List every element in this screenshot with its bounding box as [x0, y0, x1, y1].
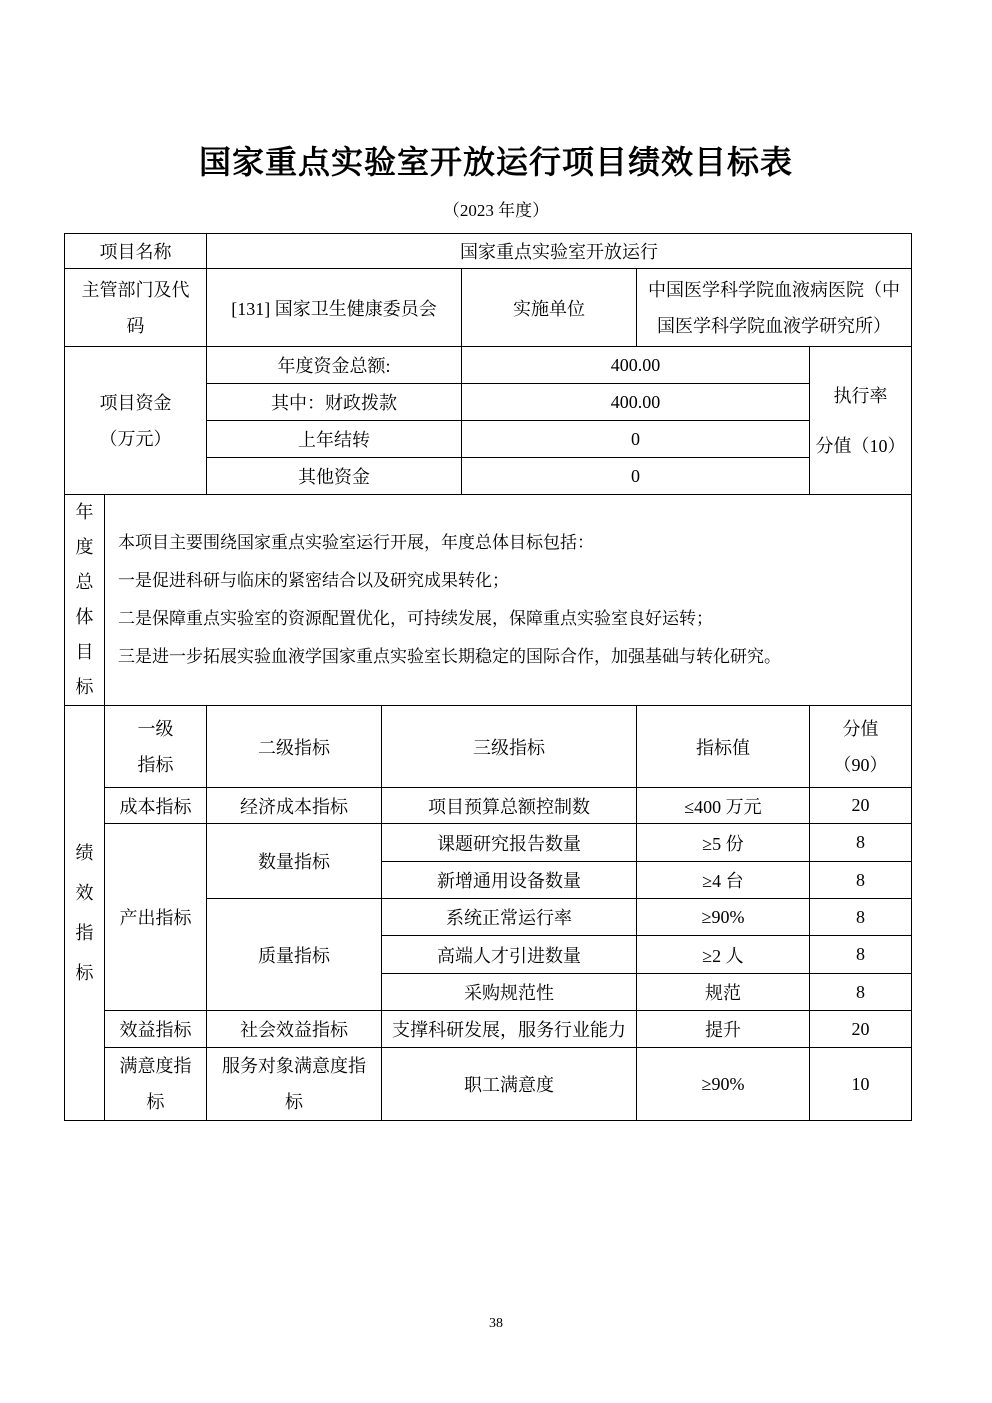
level3-indicator: 采购规范性	[382, 974, 637, 1011]
level3-indicator: 项目预算总额控制数	[382, 788, 637, 824]
level3-indicator: 新增通用设备数量	[382, 862, 637, 899]
funding-item-value: 400.00	[462, 347, 810, 384]
project-name-row: 项目名称 国家重点实验室开放运行	[65, 234, 912, 269]
indicator-value: ≤400 万元	[637, 788, 810, 824]
indicator-value: 规范	[637, 974, 810, 1011]
indicator-value: ≥90%	[637, 1048, 810, 1121]
level1-indicator: 产出指标	[105, 824, 207, 1011]
level3-indicator: 支撑科研发展，服务行业能力	[382, 1011, 637, 1048]
implementing-unit-label: 实施单位	[462, 269, 637, 347]
execution-rate-label: 执行率 分值（10）	[810, 347, 912, 495]
level2-indicator: 经济成本指标	[207, 788, 382, 824]
level2-indicator: 社会效益指标	[207, 1011, 382, 1048]
indicator-score: 8	[810, 974, 912, 1011]
indicator-row: 满意度指 标 服务对象满意度指 标 职工满意度 ≥90% 10	[65, 1048, 912, 1121]
page-number: 38	[0, 1316, 992, 1332]
level3-indicator: 系统正常运行率	[382, 899, 637, 936]
department-row: 主管部门及代 码 [131] 国家卫生健康委员会 实施单位 中国医学科学院血液病…	[65, 269, 912, 347]
level2-indicator: 质量指标	[207, 899, 382, 1011]
goal-line: 本项目主要围绕国家重点实验室运行开展，年度总体目标包括：	[105, 524, 911, 562]
level1-header: 一级 指标	[105, 706, 207, 788]
level3-indicator: 高端人才引进数量	[382, 936, 637, 974]
annual-goal-row: 年 度 总 体 目 标 本项目主要围绕国家重点实验室运行开展，年度总体目标包括：…	[65, 495, 912, 706]
level1-indicator: 满意度指 标	[105, 1048, 207, 1121]
level3-indicator: 职工满意度	[382, 1048, 637, 1121]
funding-item-label: 年度资金总额:	[207, 347, 462, 384]
indicator-score: 8	[810, 862, 912, 899]
funding-row: 项目资金 （万元） 年度资金总额: 400.00 执行率 分值（10）	[65, 347, 912, 384]
indicator-value: ≥2 人	[637, 936, 810, 974]
score-header: 分值 （90）	[810, 706, 912, 788]
indicator-row: 效益指标 社会效益指标 支撑科研发展，服务行业能力 提升 20	[65, 1011, 912, 1048]
funding-item-label: 其中：财政拨款	[207, 384, 462, 421]
annual-goal-label: 年 度 总 体 目 标	[65, 495, 105, 706]
level3-indicator: 课题研究报告数量	[382, 824, 637, 862]
indicator-row: 成本指标 经济成本指标 项目预算总额控制数 ≤400 万元 20	[65, 788, 912, 824]
basic-info-table: 项目名称 国家重点实验室开放运行 主管部门及代 码 [131] 国家卫生健康委员…	[64, 233, 912, 495]
goal-line: 三是进一步拓展实验血液学国家重点实验室长期稳定的国际合作，加强基础与转化研究。	[105, 638, 911, 676]
level2-indicator: 服务对象满意度指 标	[207, 1048, 382, 1121]
indicator-score: 8	[810, 899, 912, 936]
indicator-value: ≥4 台	[637, 862, 810, 899]
document-page: 国家重点实验室开放运行项目绩效目标表 （2023 年度） 项目名称 国家重点实验…	[0, 0, 992, 1403]
funding-item-value: 0	[462, 458, 810, 495]
funding-label: 项目资金 （万元）	[65, 347, 207, 495]
level1-indicator: 效益指标	[105, 1011, 207, 1048]
indicators-header-row: 绩 效 指 标 一级 指标 二级指标 三级指标 指标值 分值 （90）	[65, 706, 912, 788]
annual-goal-table: 年 度 总 体 目 标 本项目主要围绕国家重点实验室运行开展，年度总体目标包括：…	[64, 494, 912, 706]
department-label: 主管部门及代 码	[65, 269, 207, 347]
indicators-section-label: 绩 效 指 标	[65, 706, 105, 1121]
indicator-score: 8	[810, 824, 912, 862]
page-subtitle: （2023 年度）	[0, 200, 992, 222]
annual-goal-content: 本项目主要围绕国家重点实验室运行开展，年度总体目标包括： 一是促进科研与临床的紧…	[105, 495, 912, 706]
indicators-table: 绩 效 指 标 一级 指标 二级指标 三级指标 指标值 分值 （90） 成本指标…	[64, 705, 912, 1121]
indicator-score: 20	[810, 788, 912, 824]
implementing-unit-value: 中国医学科学院血液病医院（中 国医学科学院血液学研究所）	[637, 269, 912, 347]
level2-header: 二级指标	[207, 706, 382, 788]
level3-header: 三级指标	[382, 706, 637, 788]
indicator-score: 10	[810, 1048, 912, 1121]
project-name-label: 项目名称	[65, 234, 207, 269]
funding-item-value: 400.00	[462, 384, 810, 421]
value-header: 指标值	[637, 706, 810, 788]
project-name-value: 国家重点实验室开放运行	[207, 234, 912, 269]
level1-indicator: 成本指标	[105, 788, 207, 824]
goal-line: 一是促进科研与临床的紧密结合以及研究成果转化；	[105, 562, 911, 600]
goal-line: 二是保障重点实验室的资源配置优化，可持续发展，保障重点实验室良好运转；	[105, 600, 911, 638]
department-value: [131] 国家卫生健康委员会	[207, 269, 462, 347]
indicator-value: ≥5 份	[637, 824, 810, 862]
indicator-row: 产出指标 数量指标 课题研究报告数量 ≥5 份 8	[65, 824, 912, 862]
indicator-score: 20	[810, 1011, 912, 1048]
indicator-value: 提升	[637, 1011, 810, 1048]
level2-indicator: 数量指标	[207, 824, 382, 899]
funding-item-label: 上年结转	[207, 421, 462, 458]
indicator-score: 8	[810, 936, 912, 974]
funding-item-label: 其他资金	[207, 458, 462, 495]
funding-item-value: 0	[462, 421, 810, 458]
indicator-value: ≥90%	[637, 899, 810, 936]
page-title: 国家重点实验室开放运行项目绩效目标表	[0, 0, 992, 184]
